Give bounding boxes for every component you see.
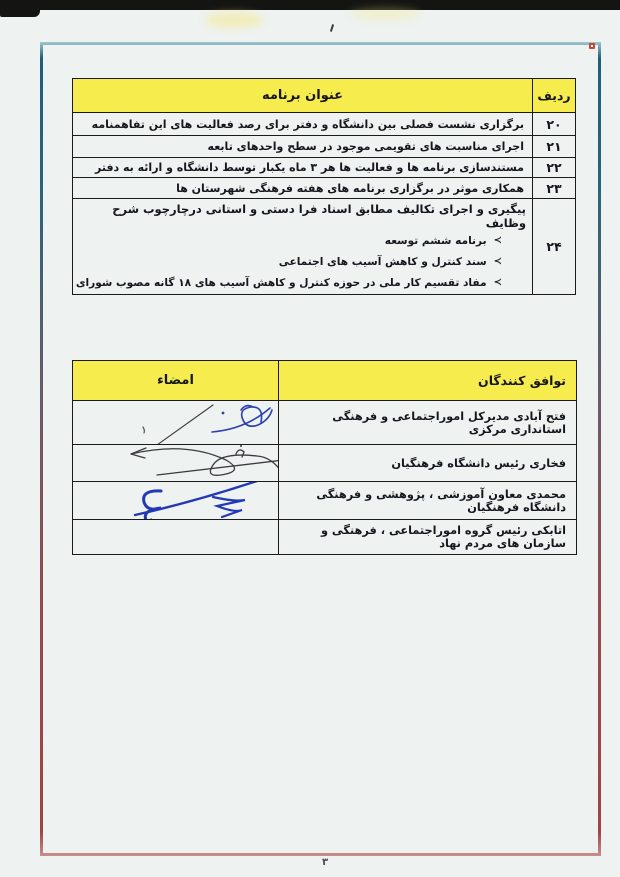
program-description-title: پیگیری و اجرای تکالیف مطابق اسناد فرا دس… <box>73 199 532 231</box>
table-row: ۲۰ برگزاری نشست فصلی بین دانشگاه و دفتر … <box>73 113 576 136</box>
signature-fakhari-icon <box>73 445 279 482</box>
table-row: ۲۲ مستندسازی برنامه ها و فعالیت ها هر ۳ … <box>73 158 576 178</box>
scan-artifact-top-bar <box>0 0 620 10</box>
table-row: فتح آبادی مدیرکل اموراجتماعی و فرهنگی اس… <box>73 401 577 445</box>
program-description: مستندسازی برنامه ها و فعالیت ها هر ۳ ماه… <box>73 158 533 178</box>
table-row: ۲۳ همکاری موثر در برگزاری برنامه های هفت… <box>73 178 576 199</box>
scanned-document-page: ردیف عنوان برنامه ۲۰ برگزاری نشست فصلی ب… <box>0 0 620 877</box>
bullet-item: ≻مفاد تقسیم کار ملی در حوزه کنترل و کاهش… <box>73 273 532 294</box>
signatories-header-row: توافق کنندگان امضاء <box>73 361 577 401</box>
bullet-item: ≻سند کنترل و کاهش آسیب های اجتماعی <box>73 252 532 273</box>
program-table-header-row: ردیف عنوان برنامه <box>73 79 576 113</box>
bullet-text: مفاد تقسیم کار ملی در حوزه کنترل و کاهش … <box>73 277 487 289</box>
row-number: ۲۱ <box>533 136 576 158</box>
signature-cell <box>73 445 279 482</box>
signature-cell <box>73 401 279 445</box>
table-row: ۲۱ اجرای مناسبت های تقویمی موجود در سطح … <box>73 136 576 158</box>
signatories-table: توافق کنندگان امضاء فتح آبادی مدیرکل امو… <box>72 360 577 555</box>
bullet-arrow-icon: ≻ <box>494 252 502 271</box>
signature-mohammadi-icon <box>73 482 279 520</box>
program-description: همکاری موثر در برگزاری برنامه های هفته ف… <box>73 178 533 199</box>
page-number: ۳ <box>322 857 328 868</box>
signatory-name: فتح آبادی مدیرکل اموراجتماعی و فرهنگی اس… <box>279 401 577 445</box>
table-row: ۲۴ پیگیری و اجرای تکالیف مطابق اسناد فرا… <box>73 199 576 295</box>
table-row: محمدی معاون آموزشی ، پژوهشی و فرهنگی دان… <box>73 482 577 520</box>
scan-artifact-corner-blob <box>0 0 40 17</box>
bullet-arrow-icon: ≻ <box>494 231 502 250</box>
signatory-name: محمدی معاون آموزشی ، پژوهشی و فرهنگی دان… <box>279 482 577 520</box>
bullet-text: برنامه ششم توسعه <box>385 235 487 247</box>
signatory-name: اتابکی رئیس گروه اموراجتماعی ، فرهنگی و … <box>279 520 577 555</box>
program-description: برگزاری نشست فصلی بین دانشگاه و دفتر برا… <box>73 113 533 136</box>
program-table: ردیف عنوان برنامه ۲۰ برگزاری نشست فصلی ب… <box>72 78 576 295</box>
row-number: ۲۴ <box>533 199 576 295</box>
column-header-program-title: عنوان برنامه <box>73 79 533 113</box>
signature-cell <box>73 482 279 520</box>
frame-corner-mark <box>589 43 595 49</box>
bullet-arrow-icon: ≻ <box>494 273 502 292</box>
signature-fathabadi-icon <box>73 401 279 445</box>
column-header-signature: امضاء <box>73 361 279 401</box>
bullet-text: سند کنترل و کاهش آسیب های اجتماعی <box>279 256 487 268</box>
scan-smudge <box>205 12 263 28</box>
row-number: ۲۲ <box>533 158 576 178</box>
table-row: فخاری رئیس دانشگاه فرهنگیان <box>73 445 577 482</box>
signature-cell-empty <box>73 520 279 555</box>
signatory-name: فخاری رئیس دانشگاه فرهنگیان <box>279 445 577 482</box>
program-description-multiline: پیگیری و اجرای تکالیف مطابق اسناد فرا دس… <box>73 199 533 295</box>
program-description: اجرای مناسبت های تقویمی موجود در سطح واح… <box>73 136 533 158</box>
column-header-row-number: ردیف <box>533 79 576 113</box>
bullet-item: ≻برنامه ششم توسعه <box>73 231 532 252</box>
row-number: ۲۰ <box>533 113 576 136</box>
scan-speck <box>330 24 334 32</box>
table-row: اتابکی رئیس گروه اموراجتماعی ، فرهنگی و … <box>73 520 577 555</box>
column-header-parties: توافق کنندگان <box>279 361 577 401</box>
scan-smudge <box>350 8 420 20</box>
row-number: ۲۳ <box>533 178 576 199</box>
